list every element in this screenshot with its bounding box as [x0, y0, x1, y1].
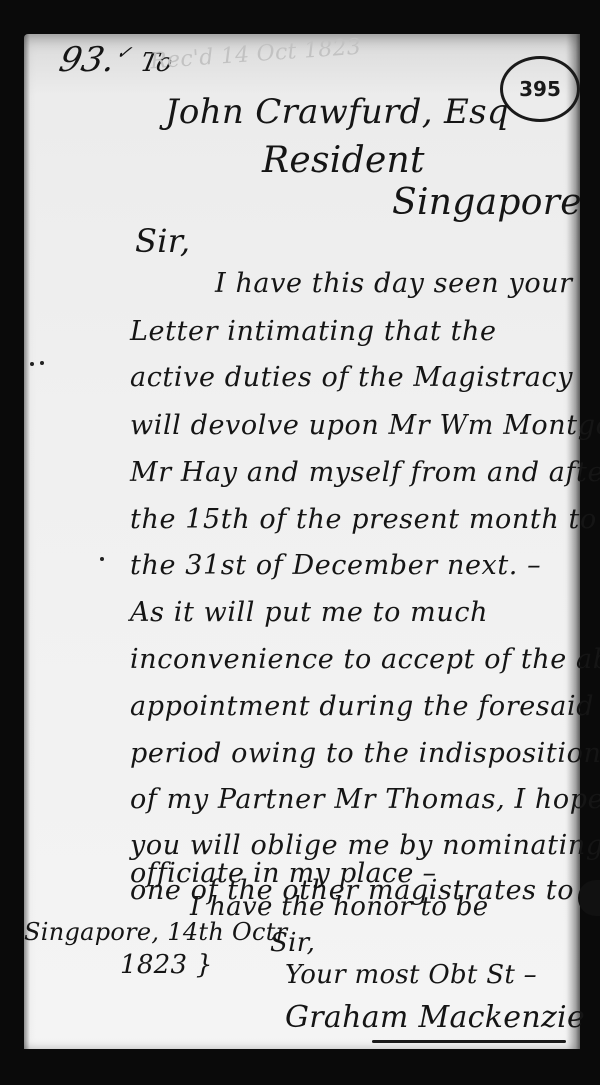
- margin-dot: [30, 362, 34, 366]
- page-left-shadow: [24, 34, 30, 1049]
- date-place: Singapore, 14th Octr: [24, 918, 288, 946]
- body-line: the 15th of the present month to: [130, 504, 597, 535]
- body-line: I have this day seen your: [215, 268, 573, 299]
- margin-dot: [40, 361, 44, 365]
- closing-servant: Your most Obt St –: [285, 960, 537, 990]
- folio-number: 93.: [56, 40, 119, 80]
- binding-clip: [578, 880, 600, 916]
- officiate-line: officiate in my place –: [130, 858, 436, 889]
- body-line: active duties of the Magistracy: [130, 362, 573, 393]
- check-mark: ✓: [114, 43, 134, 64]
- addressee-name: John Crawfurd, Esq: [165, 92, 509, 132]
- body-line: of my Partner Mr Thomas, I hope: [130, 784, 600, 815]
- body-line: As it will put me to much: [130, 597, 488, 628]
- margin-dot: [100, 557, 104, 561]
- archive-number-stamp: 395: [500, 56, 580, 122]
- body-line: Mr Hay and myself from and after: [130, 457, 600, 488]
- body-line: the 31st of December next. –: [130, 550, 541, 581]
- addressee-place: Singapore: [392, 182, 582, 223]
- body-line: you will oblige me by nominating: [130, 830, 600, 861]
- body-line: will devolve upon Mr Wm Montgomerie,: [130, 410, 600, 441]
- body-line: period owing to the indisposition: [130, 738, 600, 769]
- archive-number: 395: [519, 77, 561, 101]
- body-line: inconvenience to accept of the above: [130, 644, 600, 675]
- body-line: Letter intimating that the: [130, 316, 497, 347]
- date-year: 1823 }: [120, 950, 213, 980]
- body-line: appointment during the foresaid: [130, 691, 594, 722]
- addressee-title: Resident: [262, 140, 425, 181]
- signature-underline: [372, 1040, 566, 1043]
- signature: Graham Mackenzie: [285, 1000, 585, 1035]
- salutation: Sir,: [135, 222, 190, 260]
